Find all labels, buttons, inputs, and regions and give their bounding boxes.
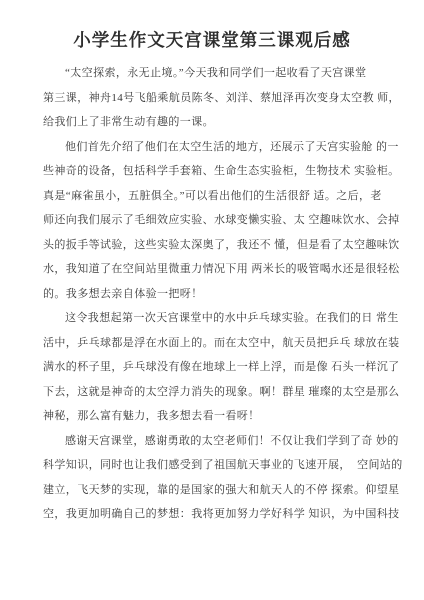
- essay-line: 满水的杯子里，乒乓球没有像在地球上一样上浮，而是像 石头一样沉了: [43, 355, 388, 380]
- essay-line: 第三课，神舟14号飞船乘航员陈冬、刘洋、蔡旭泽再次变身太空教 师，: [43, 86, 388, 111]
- essay-line: 他们首先介绍了他们在太空生活的地方，还展示了天宫实验舱 的一: [43, 135, 388, 160]
- essay-line: 神秘，那么富有魅力，我多想去看一看呀！: [43, 404, 388, 429]
- essay-line: 这令我想起第一次天宫课堂中的水中乒乓球实验。在我们的日 常生: [43, 306, 388, 331]
- essay-line: 真是“麻雀虽小，五脏俱全。”可以看出他们的生活很舒 适。之后，老: [43, 184, 388, 209]
- essay-line: 头的扳手等试验，这些实验太深奥了，我还不 懂，但是看了太空趣味饮: [43, 233, 388, 258]
- essay-line: 科学知识，同时也让我们感受到了祖国航天事业的飞速开展， 空间站的: [43, 453, 388, 478]
- essay-line: 活中，乒乓球都是浮在水面上的。而在太空中，航天员把乒乓 球放在装: [43, 331, 388, 356]
- essay-line: 建立，飞天梦的实现，靠的是国家的强大和航天人的不停 探索。仰望星: [43, 478, 388, 503]
- essay-line: 下去，这就是神奇的太空浮力消失的现象。啊！群星 璀璨的太空是那么: [43, 380, 388, 405]
- essay-line: “太空探索，永无止境。”今天我和同学们一起收看了天宫课堂: [43, 61, 388, 86]
- document-body: “太空探索，永无止境。”今天我和同学们一起收看了天宫课堂 第三课，神舟14号飞船…: [43, 61, 388, 527]
- essay-line: 的。我多想去亲自体验一把呀！: [43, 282, 388, 307]
- document-page: 小学生作文天宫课堂第三课观后感 “太空探索，永无止境。”今天我和同学们一起收看了…: [0, 0, 424, 600]
- essay-line: 感谢天宫课堂，感谢勇敢的太空老师们！不仅让我们学到了奇 妙的: [43, 429, 388, 454]
- essay-line: 师还向我们展示了毛细效应实验、水球变懒实验、太 空趣味饮水、会掉: [43, 208, 388, 233]
- essay-line: 给我们上了非常生动有趣的一课。: [43, 110, 388, 135]
- essay-line: 水，我知道了在空间站里微重力情况下用 两米长的吸管喝水还是很轻松: [43, 257, 388, 282]
- document-title: 小学生作文天宫课堂第三课观后感: [0, 0, 424, 50]
- essay-line: 些神奇的设备，包括科学手套箱、生命生态实验柜，生物技术 实验柜。: [43, 159, 388, 184]
- essay-line: 空，我更加明确自己的梦想：我将更加努力学好科学 知识，为中国科技: [43, 502, 388, 527]
